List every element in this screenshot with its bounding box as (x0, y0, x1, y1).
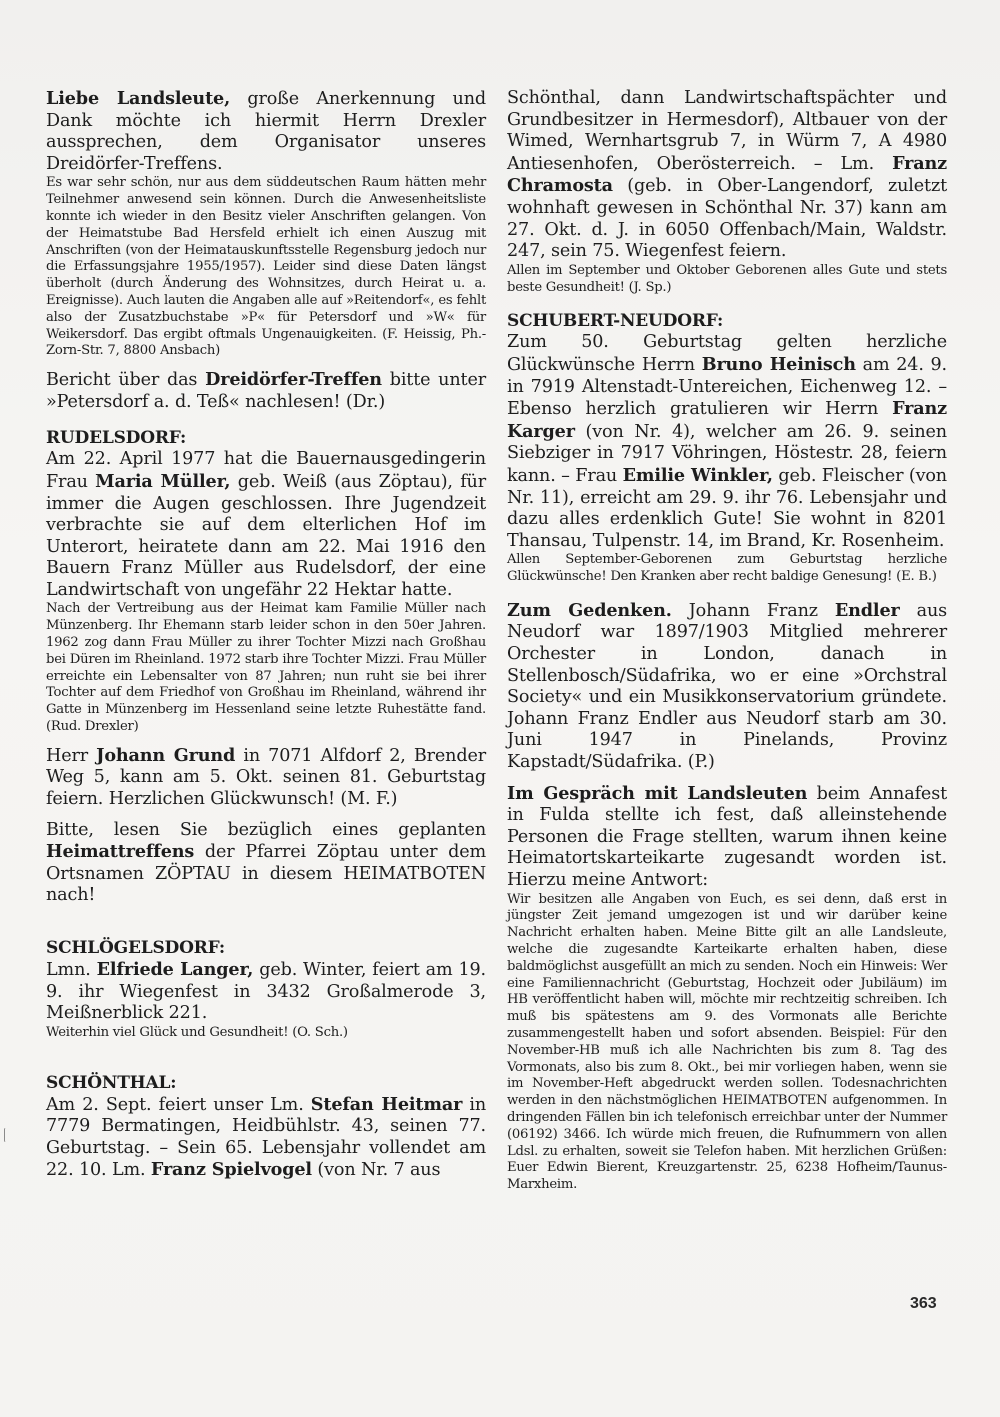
schloegelsdorf-paragraph-1: Lmn. Elfriede Langer, geb. Winter, feier… (46, 959, 486, 1025)
left-column: Liebe Landsleute, große Anerkennung und … (46, 88, 486, 1182)
margin-mark (4, 1128, 7, 1142)
bericht-paragraph: Bericht über das Dreidörfer-Treffen bitt… (46, 369, 486, 413)
rudelsdorf-paragraph-2: Herr Johann Grund in 7071 Alfdorf 2, Bre… (46, 745, 486, 811)
schubert-neudorf-small-1: Allen September-Geborenen zum Geburtstag… (507, 552, 947, 586)
section-heading-schubert-neudorf: SCHUBERT-NEUDORF: (507, 310, 947, 332)
section-heading-schoenthal: SCHÖNTHAL: (46, 1072, 486, 1094)
schubert-neudorf-paragraph-1: Zum 50. Geburtstag gelten herzliche Glüc… (507, 332, 947, 552)
section-heading-rudelsdorf: RUDELSDORF: (46, 427, 486, 449)
schoenthal-continued-small: Allen im September und Oktober Geborenen… (507, 263, 947, 297)
document-page: Liebe Landsleute, große Anerkennung und … (0, 0, 1000, 1417)
rudelsdorf-paragraph-3: Bitte, lesen Sie bezüglich eines geplant… (46, 820, 486, 907)
intro-paragraph: Liebe Landsleute, große Anerkennung und … (46, 88, 486, 175)
intro-body: Es war sehr schön, nur aus dem süddeutsc… (46, 175, 486, 360)
page-number: 363 (910, 1295, 937, 1313)
gespraech-paragraph: Im Gespräch mit Landsleuten beim Annafes… (507, 783, 947, 892)
schoenthal-continued-paragraph: Schönthal, dann Landwirtschaftspächter u… (507, 88, 947, 263)
gedenken-paragraph: Zum Gedenken. Johann Franz Endler aus Ne… (507, 600, 947, 774)
rudelsdorf-small-1: Nach der Vertreibung aus der Heimat kam … (46, 601, 486, 735)
gespraech-small: Wir besitzen alle Angaben von Euch, es s… (507, 892, 947, 1194)
intro-lead: Liebe Landsleute, (46, 88, 230, 109)
section-heading-schloegelsdorf: SCHLÖGELSDORF: (46, 937, 486, 959)
schloegelsdorf-small-1: Weiterhin viel Glück und Gesundheit! (O.… (46, 1025, 486, 1042)
schoenthal-paragraph-1: Am 2. Sept. feiert unser Lm. Stefan Heit… (46, 1094, 486, 1182)
rudelsdorf-paragraph-1: Am 22. April 1977 hat die Bauernausgedin… (46, 449, 486, 601)
right-column: Schönthal, dann Landwirtschaftspächter u… (507, 88, 947, 1194)
